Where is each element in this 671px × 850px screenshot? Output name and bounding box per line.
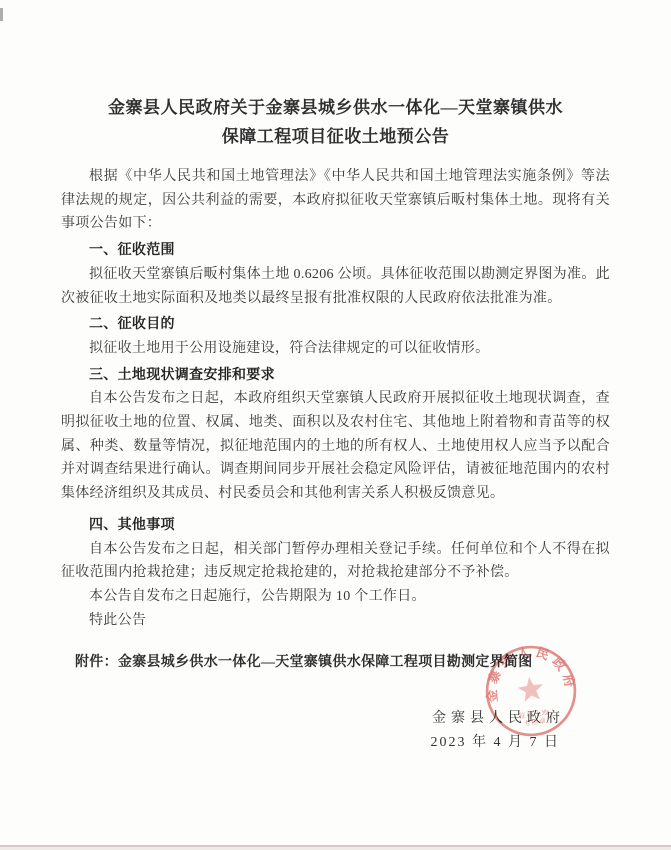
intro-paragraph: 根据《中华人民共和国土地管理法》《中华人民共和国土地管理法实施条例》等法律法规的… (61, 165, 610, 236)
section-1-paragraph: 拟征收天堂寨镇后畈村集体土地 0.6206 公顷。具体征收范围以勘测定界图为准。… (61, 263, 610, 310)
scan-corner-artifact (0, 8, 3, 21)
scan-page-edge (0, 845, 671, 850)
section-2-paragraph: 拟征收土地用于公用设施建设，符合法律规定的可以征收情形。 (61, 337, 610, 361)
closing-line: 特此公告 (61, 609, 610, 633)
section-4-paragraph-2: 本公告自发布之日起施行，公告期限为 10 个工作日。 (61, 585, 610, 609)
section-4-paragraph-1: 自本公告发布之日起，相关部门暂停办理相关登记手续。任何单位和个人不得在拟征收范围… (61, 538, 610, 585)
notice-title: 金寨县人民政府关于金寨县城乡供水一体化—天堂寨镇供水 保障工程项目征收土地预公告 (61, 93, 610, 151)
section-heading-3: 三、土地现状调查安排和要求 (61, 364, 610, 388)
seal-star-icon (516, 675, 544, 702)
section-heading-2: 二、征收目的 (61, 313, 610, 337)
notice-title-line2: 保障工程项目征收土地预公告 (61, 122, 610, 151)
notice-title-line1: 金寨县人民政府关于金寨县城乡供水一体化—天堂寨镇供水 (61, 93, 610, 122)
official-seal: 金寨县人民政府 征收土地 专用章 (476, 636, 587, 747)
section-heading-4: 四、其他事项 (61, 514, 610, 538)
section-heading-1: 一、征收范围 (61, 239, 610, 263)
section-3-paragraph: 自本公告发布之日起，本政府组织天堂寨镇人民政府开展拟征收土地现状调查，查明拟征收… (61, 387, 610, 506)
document-page: 金寨县人民政府关于金寨县城乡供水一体化—天堂寨镇供水 保障工程项目征收土地预公告… (0, 0, 671, 850)
